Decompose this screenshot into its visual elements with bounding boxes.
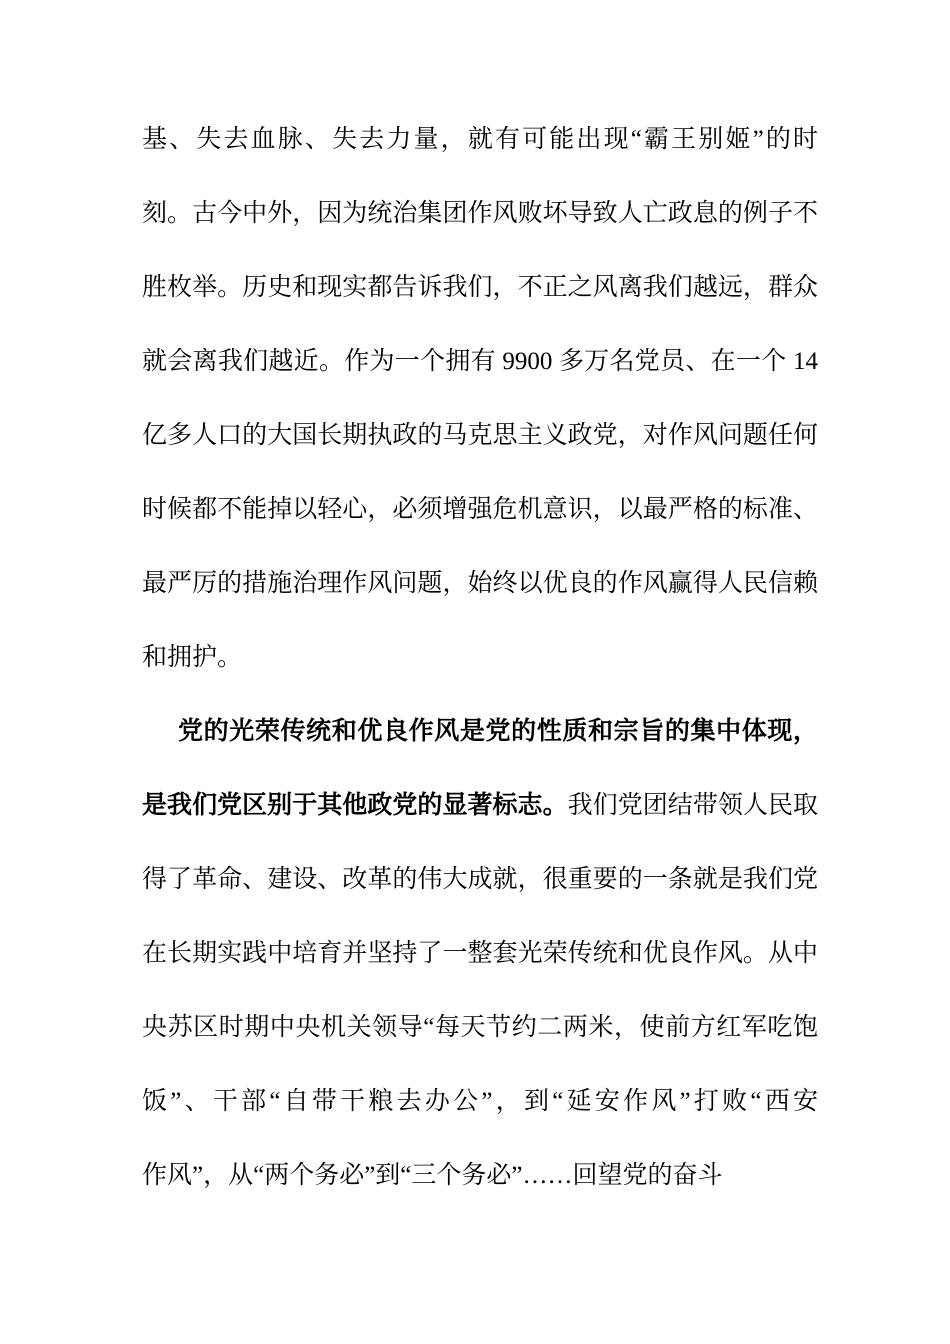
text-line: 亿多人口的大国长期执政的马克思主义政党，对作风问题任何 — [142, 399, 818, 473]
text-line: 央苏区时期中央机关领导“每天节约二两米，使前方红军吃饱 — [142, 991, 818, 1065]
text-line: 饭”、干部“自带干粮去办公”，到“延安作风”打败“西安 — [142, 1065, 818, 1139]
text-line: 在长期实践中培育并坚持了一整套光荣传统和优良作风。从中 — [142, 917, 818, 991]
text-line: 胜枚举。历史和现实都告诉我们，不正之风离我们越远，群众 — [142, 251, 818, 325]
text-line: 刻。古今中外，因为统治集团作风败坏导致人亡政息的例子不 — [142, 177, 818, 251]
text-line: 作风”，从“两个务必”到“三个务必”……回望党的奋斗 — [142, 1139, 818, 1213]
document-text-block: 基、失去血脉、失去力量，就有可能出现“霸王别姬”的时 刻。古今中外，因为统治集团… — [142, 103, 818, 1213]
text-line: 最严厉的措施治理作风问题，始终以优良的作风赢得人民信赖 — [142, 547, 818, 621]
text-line: 和拥护。 — [142, 621, 818, 695]
text-line-bold-lead: 党的光荣传统和优良作风是党的性质和宗旨的集中体现， — [142, 695, 818, 769]
regular-text-span: 我们党团结带领人民取 — [568, 792, 818, 819]
text-line-mixed: 是我们党区别于其他政党的显著标志。我们党团结带领人民取 — [142, 769, 818, 843]
bold-text-span: 是我们党区别于其他政党的显著标志。 — [142, 792, 568, 819]
text-line: 时候都不能掉以轻心，必须增强危机意识，以最严格的标准、 — [142, 473, 818, 547]
document-page: 基、失去血脉、失去力量，就有可能出现“霸王别姬”的时 刻。古今中外，因为统治集团… — [0, 0, 950, 1344]
text-line: 就会离我们越近。作为一个拥有 9900 多万名党员、在一个 14 — [142, 325, 818, 399]
text-line: 基、失去血脉、失去力量，就有可能出现“霸王别姬”的时 — [142, 103, 818, 177]
text-line: 得了革命、建设、改革的伟大成就，很重要的一条就是我们党 — [142, 843, 818, 917]
